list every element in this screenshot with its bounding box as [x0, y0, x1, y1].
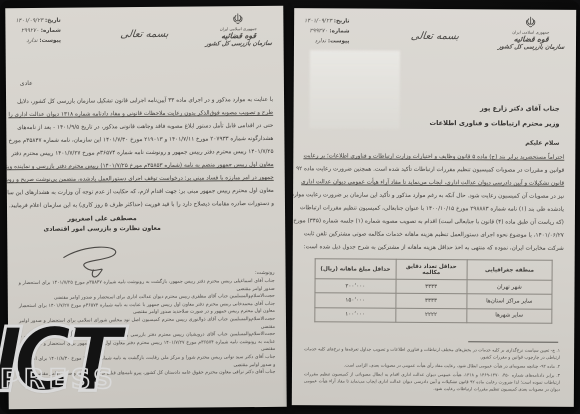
iran-emblem-icon — [232, 12, 245, 25]
cell-minutes: ۳۳۳۳ — [395, 294, 466, 309]
recipient-name: جناب آقای دکتر زارع پور — [430, 101, 560, 117]
cell-amount: ۱۵۰٬۰۰۰ — [315, 293, 396, 308]
scanned-letter-page-1: تاریخ: ۱۴۰۱/۰۹/۲۳ شماره: ۲۹۹۲۷۰ پیوست: ن… — [292, 8, 576, 407]
signature-block: مصطفی علی اصغرپور معاون نظارت و بازرسی ا… — [37, 215, 167, 233]
cell-region: سایر مراکز استان‌ها — [467, 294, 552, 309]
col-header-minutes: حداقل تعداد دقایق مکالمه — [396, 259, 467, 280]
footnote-item: ۳. برابر دادنامه‌های شماره ۴۵۰، ۱۴۷۰-۱۴۶… — [304, 371, 560, 394]
cell-amount: ۱۰۰٬۰۰۰ — [315, 307, 396, 322]
signatory-title: معاون نظارت و بازرسی امور اقتصادی — [37, 225, 167, 233]
iran-emblem-icon — [524, 16, 537, 29]
footnotes: ۱. ج- تعیین سیاست نرخ‌گذاری بر کلیه خدما… — [304, 346, 560, 396]
table-row: سایر شهرها ۲۲۲۲ ۱۰۰٬۰۰۰ — [315, 307, 552, 323]
cc-label: رونوشت: — [19, 270, 275, 278]
letter-body: احتراماً مستحضرید برابر بند (ج) ماده ۵ ق… — [304, 150, 565, 256]
cell-amount: ۲۰۰٬۰۰۰ — [315, 279, 396, 294]
body-line: و دستورات صادره مقامات ذیصلاح دارد را با… — [18, 198, 274, 213]
footnote-item: ۱. ج- تعیین سیاست نرخ‌گذاری بر کلیه خدما… — [304, 346, 560, 362]
photo-background: تاریخ: ۱۴۰۱/۰۹/۲۳ شماره: ۲۹۹۲۷۰ پیوست: ن… — [0, 0, 580, 414]
redaction-mark — [309, 50, 399, 129]
footnote-item: ۲. ماده ۹۲- چنانچه مصوبه‌ای در هیأت عموم… — [304, 362, 560, 371]
cell-minutes: ۲۲۲۲ — [395, 308, 466, 323]
footnote-divider — [468, 341, 558, 343]
date-value: ۱۴۰۱/۰۹/۲۳ — [15, 18, 43, 24]
classification-label: عادی — [20, 80, 33, 87]
table-header-row: منطقه جغرافیایی حداقل تعداد دقایق مکالمه… — [315, 259, 552, 281]
recipient-block: جناب آقای دکتر زارع پور وزیر محترم ارتبا… — [429, 101, 559, 132]
letterhead-org-block: جمهوری اسلامی ایران قوه قضائیه سازمان با… — [205, 12, 272, 48]
date-label: تاریخ: — [45, 18, 61, 24]
meta-date: تاریخ: ۱۴۰۱/۰۹/۲۳ — [15, 16, 60, 26]
org-name-line: سازمان بازرسی کل کشور — [205, 40, 272, 48]
cell-region: شهر تهران — [467, 280, 552, 295]
letterhead-org-block: جمهوری اسلامی ایران قوه قضائیه سازمان با… — [498, 15, 565, 50]
recipient-title: وزیر محترم ارتباطات و فناوری اطلاعات — [429, 116, 559, 132]
col-header-region: منطقه جغرافیایی — [467, 260, 552, 281]
org-branch-line: قوه قضائیه — [497, 34, 564, 43]
cc-list: رونوشت: جناب آقای اسماعیلی رییس محترم دف… — [19, 270, 276, 379]
cc-item: حجت‌الاسلام‌والمسلمین جناب آقای درویشیان… — [19, 331, 275, 356]
table-row: سایر مراکز استان‌ها ۳۳۳۳ ۱۵۰٬۰۰۰ — [315, 293, 552, 309]
table-row: شهر تهران ۳۳۳۳ ۲۰۰٬۰۰۰ — [315, 279, 552, 295]
org-name-line: سازمان بازرسی کل کشور — [497, 43, 564, 50]
scanned-letter-page-2: تاریخ: ۱۴۰۱/۰۹/۲۳ شماره: ۲۹۹۲۷۰ پیوست: ن… — [5, 6, 286, 409]
signatory-name: مصطفی علی اصغرپور — [37, 215, 167, 223]
greeting-line: سلام علیکم — [525, 140, 559, 147]
meta-date: تاریخ: ۱۴۰۱/۰۹/۲۳ — [304, 16, 349, 26]
letter-body: با عنایت به موارد مذکور و در اجرای ماده … — [17, 94, 274, 213]
cell-minutes: ۳۳۳۳ — [396, 279, 467, 294]
date-value: ۱۴۰۱/۰۹/۲۳ — [304, 18, 332, 24]
cell-region: سایر شهرها — [466, 308, 551, 323]
date-label: تاریخ: — [334, 18, 350, 24]
col-header-amount: حداقل مبلغ ماهانه (ریال) — [315, 259, 396, 280]
tariff-table: منطقه جغرافیایی حداقل تعداد دقایق مکالمه… — [314, 258, 552, 323]
body-line: شرکت مخابرات ایران، نموده که منتهی به اخ… — [304, 241, 564, 256]
cc-item: جناب آقای دکتر نراقی معاون محترم حقوق عا… — [19, 369, 275, 379]
